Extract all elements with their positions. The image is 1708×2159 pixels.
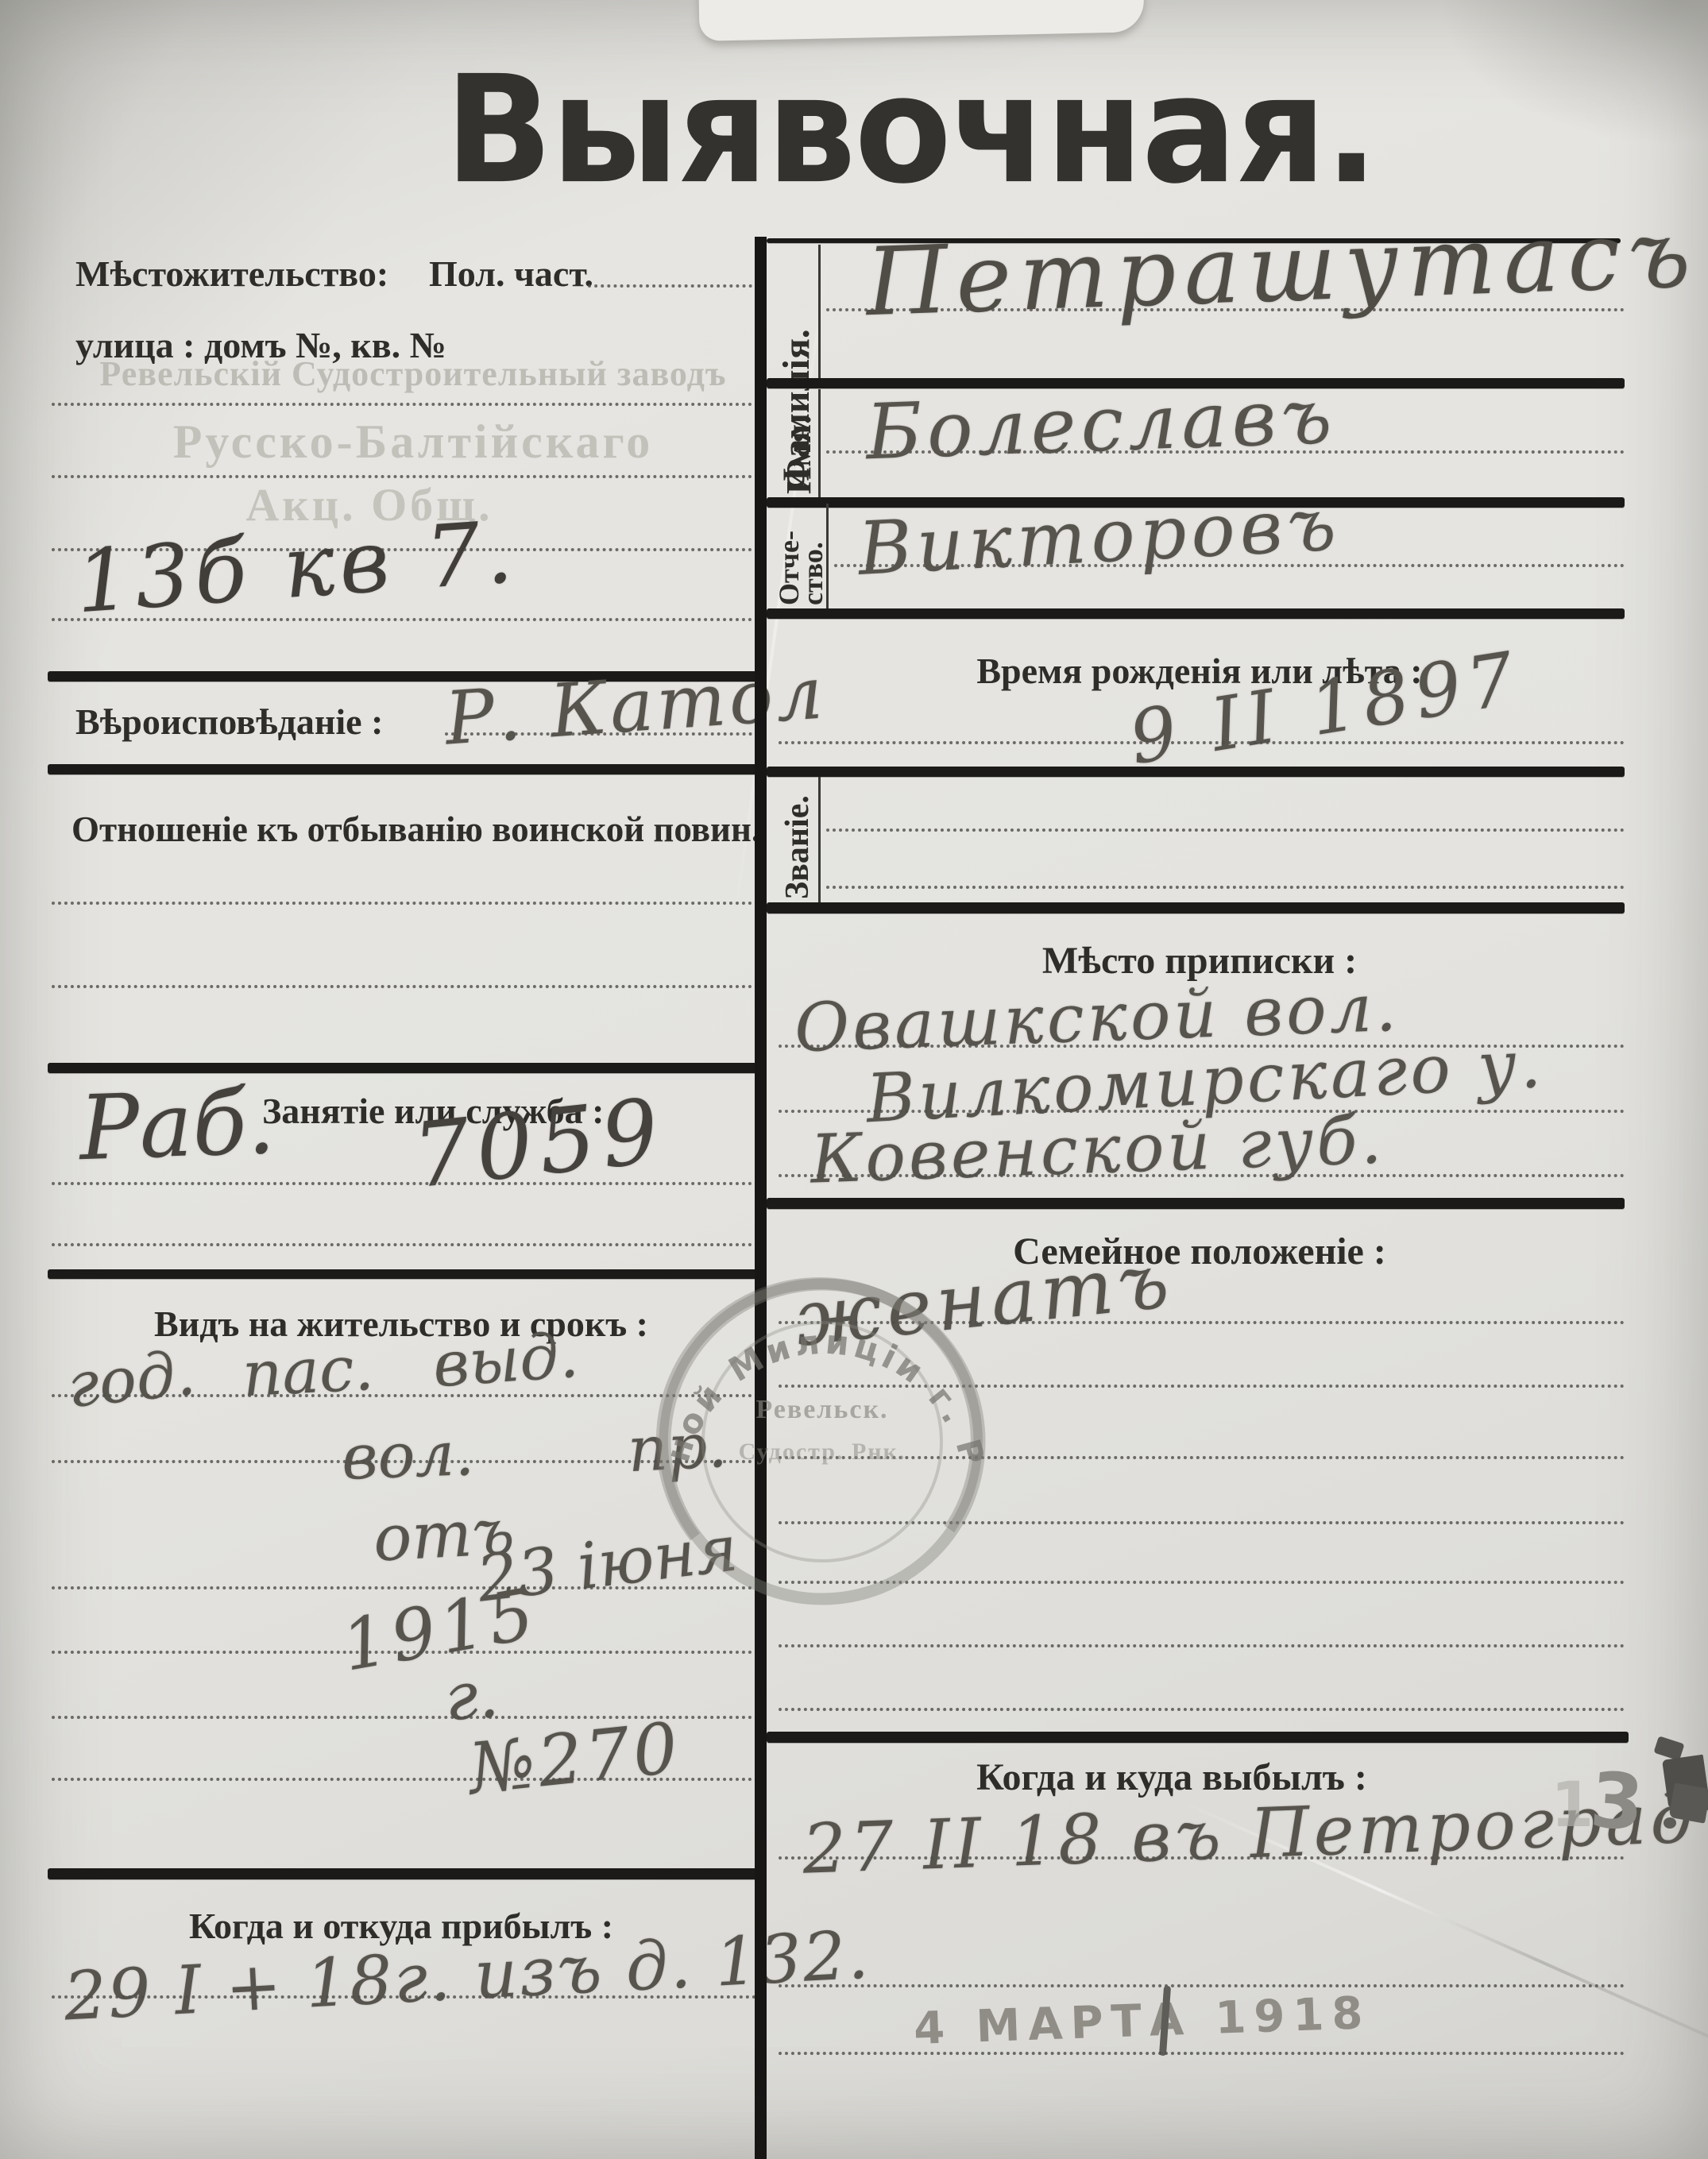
cell-label-separator <box>826 504 829 610</box>
dotted-rule <box>779 1984 1625 1987</box>
permit-handwriting-word: год. <box>64 1338 199 1422</box>
stamp-inner-line2: Судостр. Рнк. <box>739 1439 906 1465</box>
dotted-rule <box>52 1243 759 1246</box>
dotted-rule <box>52 403 759 406</box>
table-rule-heavy <box>48 1868 763 1879</box>
dotted-rule <box>52 902 759 905</box>
dotted-rule <box>52 985 759 988</box>
permit-handwriting-word: вол. <box>340 1418 475 1494</box>
dotted-rule <box>779 1708 1625 1711</box>
page-number-stamp: 3 <box>1587 1755 1646 1848</box>
dotted-rule <box>779 1856 1625 1860</box>
name-label: Имя. <box>779 415 819 494</box>
table-rule-heavy <box>767 902 1625 913</box>
dotted-rule <box>52 618 759 621</box>
dotted-rule <box>779 1174 1625 1177</box>
surname-handwriting: Петрашутасъ <box>864 199 1700 337</box>
table-rule-heavy <box>767 1732 1629 1743</box>
column-divider <box>755 237 767 2159</box>
cell-label-separator <box>818 245 821 380</box>
residence-field-label: Пол. част. <box>429 253 593 295</box>
table-rule-heavy <box>767 767 1625 777</box>
scanned-document-page: Выявочная. Мѣстожительство: Пол. част. у… <box>0 0 1708 2159</box>
name-handwriting: Болеславъ <box>864 372 1338 477</box>
table-rule-heavy <box>48 1063 759 1073</box>
ink-blob <box>1669 1782 1708 1823</box>
dotted-rule <box>52 1651 759 1654</box>
dotted-rule <box>52 1182 759 1185</box>
dotted-rule <box>826 886 1625 889</box>
date-stamp: 4 МАРТА 1918 <box>913 1987 1371 2055</box>
factory-stamp-line1: Ревельскій Судостроительный заводъ <box>68 353 759 394</box>
page-number-stamp-faint: 1 <box>1551 1770 1594 1841</box>
patronymic-label-line2: ство. <box>796 542 829 605</box>
dotted-rule <box>779 741 1625 744</box>
torn-edge-top <box>698 0 1144 41</box>
round-militia-stamp: ной Милиціи г. Реве Ревельск. Судостр. Р… <box>647 1267 997 1616</box>
dotted-rule <box>826 828 1625 832</box>
religion-label: Вѣроисповѣданіе : <box>75 701 383 743</box>
page-title: Выявочная. <box>445 44 1335 216</box>
cell-label-separator <box>818 389 821 499</box>
rank-label: Званіе. <box>779 795 817 899</box>
residence-label: Мѣстожительство: <box>75 253 388 295</box>
military-duty-label: Отношеніе къ отбыванію воинской повин. <box>71 809 760 850</box>
dotted-rule <box>779 2052 1625 2055</box>
dotted-rule <box>52 1995 763 1999</box>
dotted-rule <box>52 1778 759 1781</box>
religion-handwriting: Р. Катол <box>442 650 829 761</box>
dotted-rule <box>779 1644 1625 1647</box>
table-rule-heavy <box>767 608 1625 619</box>
stamp-inner-line1: Ревельск. <box>755 1395 888 1424</box>
table-rule-heavy <box>48 764 759 774</box>
permit-handwriting-word: выд. <box>431 1320 581 1402</box>
cell-label-separator <box>818 777 821 902</box>
permit-handwriting-word: г. <box>442 1657 501 1736</box>
dotted-rule <box>588 284 759 288</box>
residence-permit-label: Видъ на жительство и срокъ : <box>71 1303 731 1345</box>
factory-stamp-line2: Русско-Балтійскаго <box>68 415 759 469</box>
table-rule-heavy <box>767 1198 1625 1209</box>
occupation-handwriting: Раб. <box>78 1071 276 1181</box>
permit-handwriting-word: пас. <box>241 1333 376 1412</box>
ink-dot <box>1664 1817 1676 1829</box>
